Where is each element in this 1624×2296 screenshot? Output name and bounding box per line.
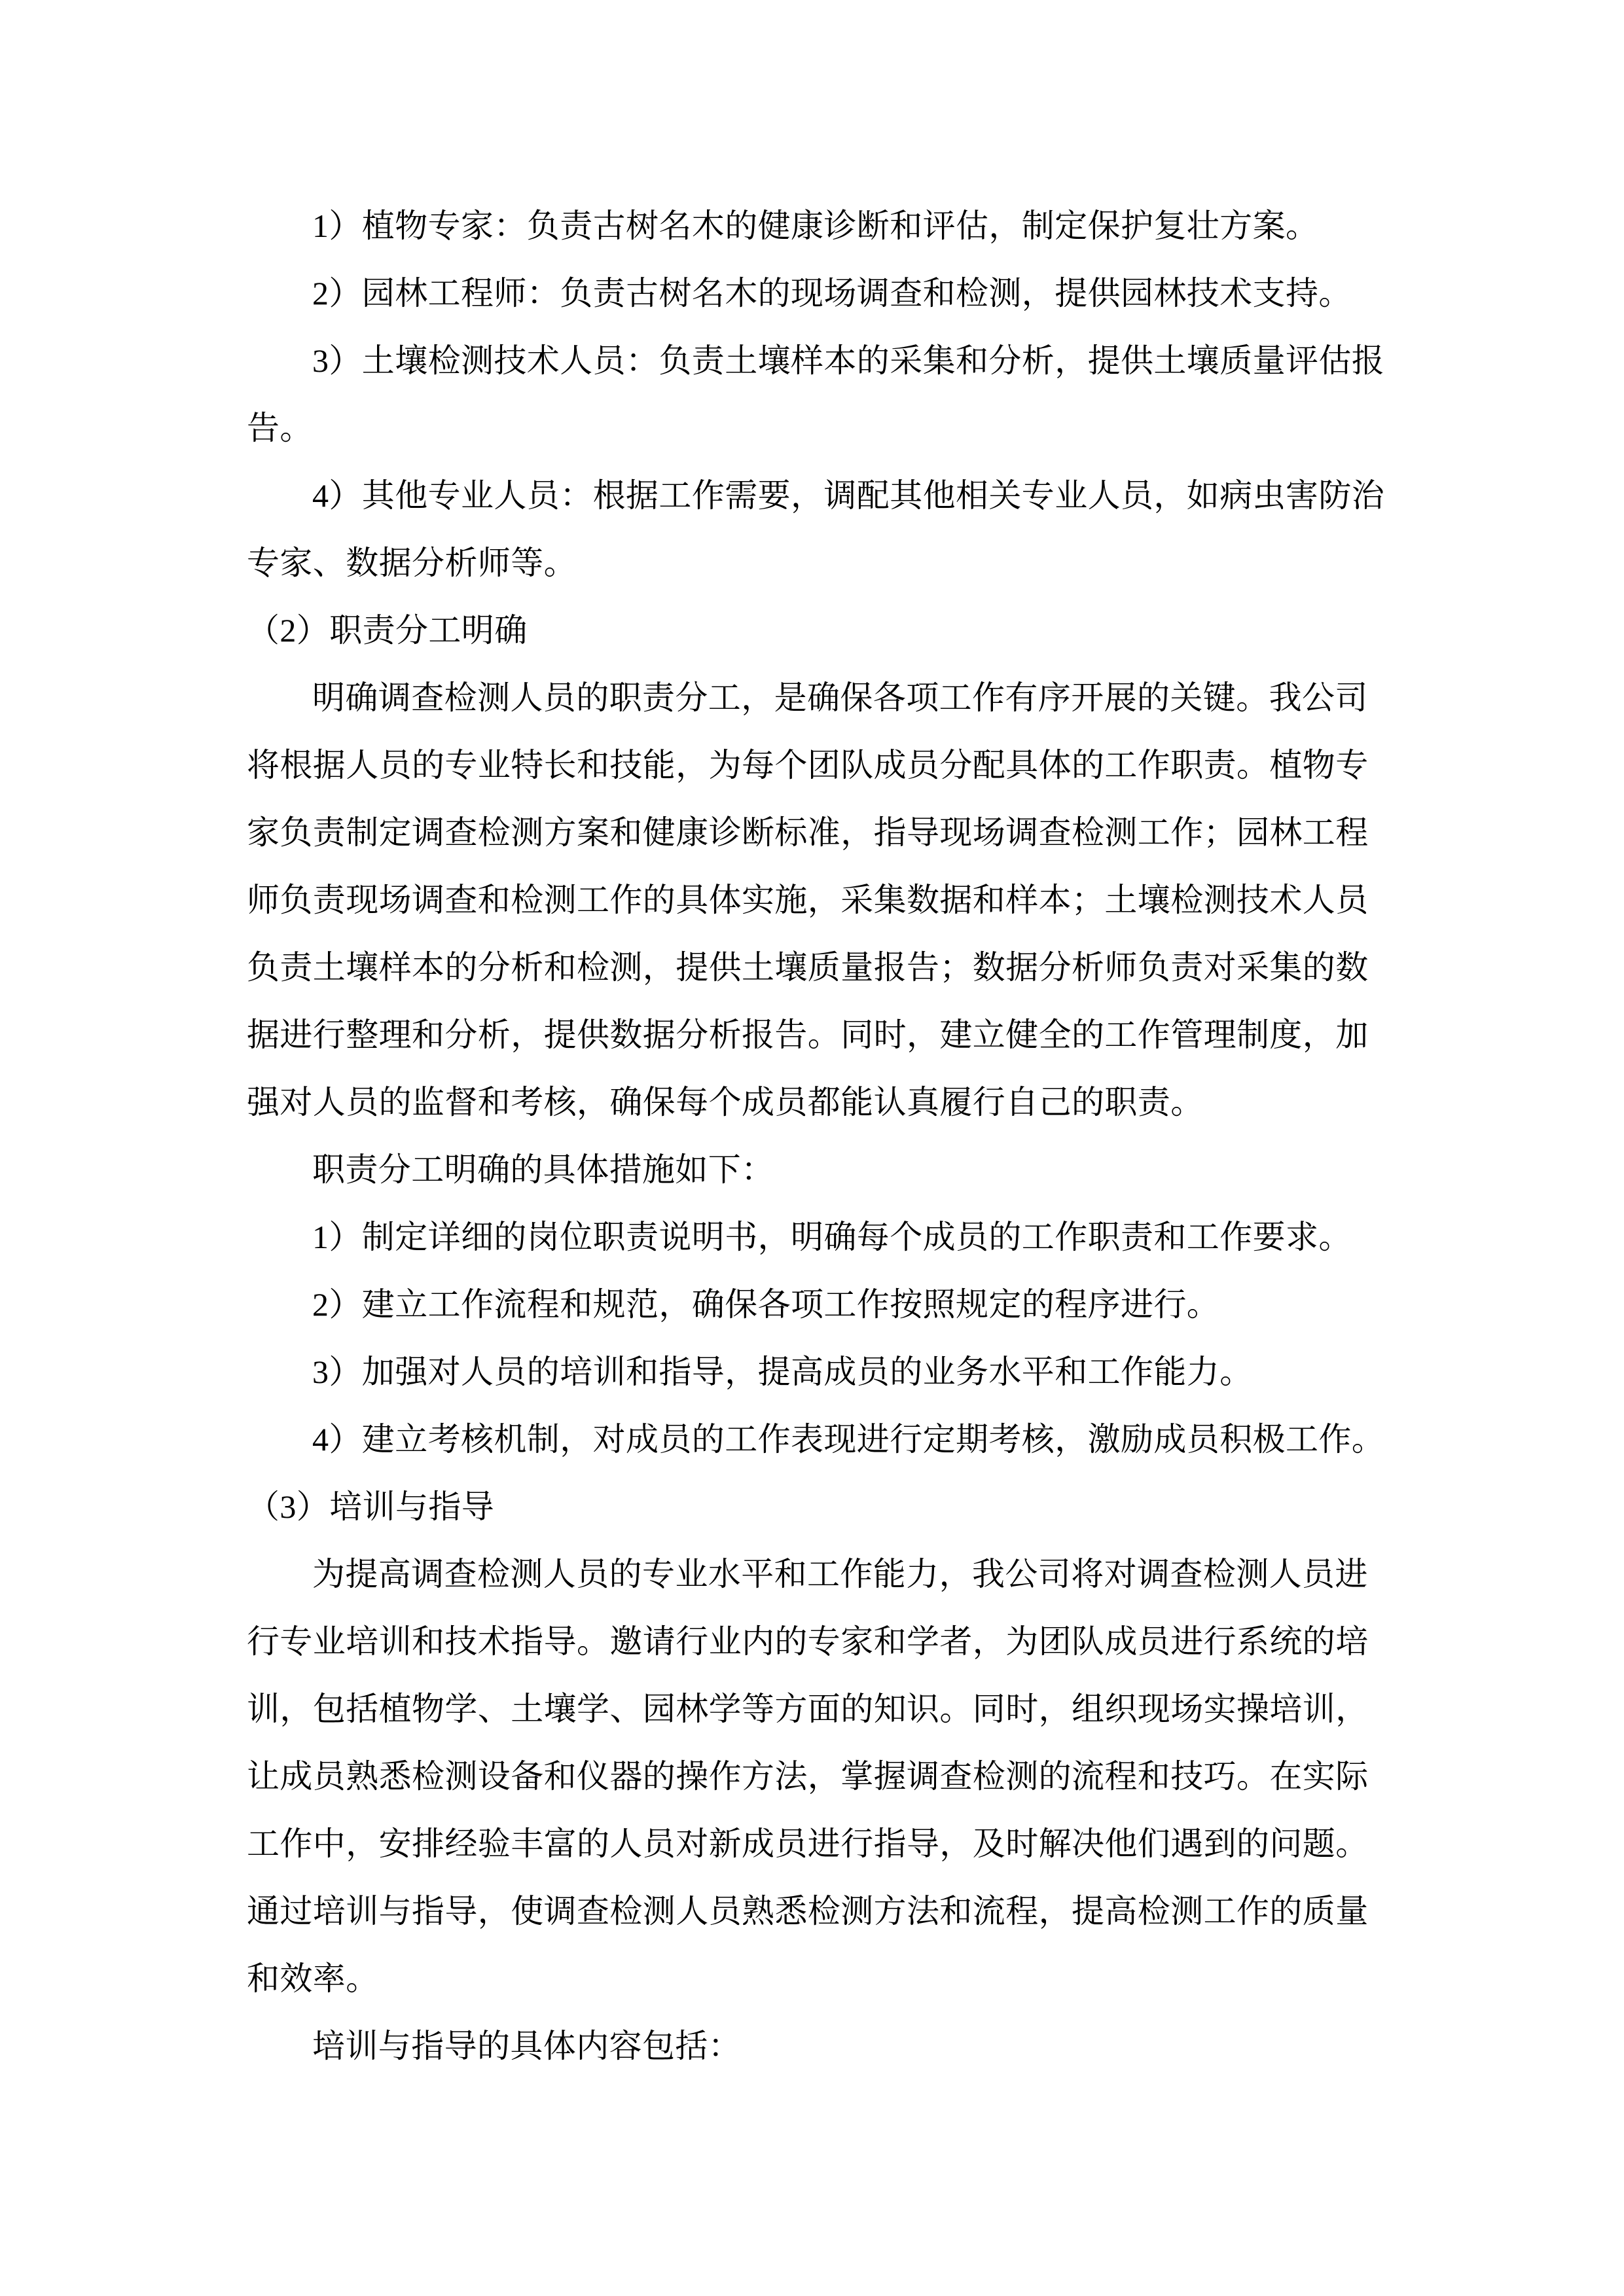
text-line: 强对人员的监督和考核，确保每个成员都能认真履行自己的职责。 <box>247 1069 1386 1136</box>
text-line: 4）建立考核机制，对成员的工作表现进行定期考核，激励成员积极工作。 <box>247 1406 1386 1473</box>
text-line: 师负责现场调查和检测工作的具体实施，采集数据和样本；土壤检测技术人员 <box>247 867 1386 934</box>
document-page: 1）植物专家：负责古树名木的健康诊断和评估，制定保护复壮方案。 2）园林工程师：… <box>0 0 1624 2296</box>
section-heading: （2）职责分工明确 <box>247 597 1386 664</box>
text-line: 2）园林工程师：负责古树名木的现场调查和检测，提供园林技术支持。 <box>247 260 1386 327</box>
text-line: 职责分工明确的具体措施如下： <box>247 1136 1386 1204</box>
text-line: 4）其他专业人员：根据工作需要，调配其他相关专业人员，如病虫害防治 <box>247 462 1386 529</box>
text-line: 据进行整理和分析，提供数据分析报告。同时，建立健全的工作管理制度，加 <box>247 1001 1386 1069</box>
text-line: 将根据人员的专业特长和技能，为每个团队成员分配具体的工作职责。植物专 <box>247 732 1386 799</box>
text-line: 专家、数据分析师等。 <box>247 529 1386 597</box>
document-body: 1）植物专家：负责古树名木的健康诊断和评估，制定保护复壮方案。 2）园林工程师：… <box>247 192 1386 2080</box>
text-line: 让成员熟悉检测设备和仪器的操作方法，掌握调查检测的流程和技巧。在实际 <box>247 1743 1386 1810</box>
text-line: 1）制定详细的岗位职责说明书，明确每个成员的工作职责和工作要求。 <box>247 1204 1386 1271</box>
text-line: 家负责制定调查检测方案和健康诊断标准，指导现场调查检测工作；园林工程 <box>247 799 1386 867</box>
text-line: 行专业培训和技术指导。邀请行业内的专家和学者，为团队成员进行系统的培 <box>247 1608 1386 1676</box>
section-heading: （3）培训与指导 <box>247 1473 1386 1541</box>
text-line: 为提高调查检测人员的专业水平和工作能力，我公司将对调查检测人员进 <box>247 1541 1386 1608</box>
text-line: 3）土壤检测技术人员：负责土壤样本的采集和分析，提供土壤质量评估报 <box>247 327 1386 395</box>
text-line: 通过培训与指导，使调查检测人员熟悉检测方法和流程，提高检测工作的质量 <box>247 1878 1386 1945</box>
text-line: 1）植物专家：负责古树名木的健康诊断和评估，制定保护复壮方案。 <box>247 192 1386 260</box>
text-line: 负责土壤样本的分析和检测，提供土壤质量报告；数据分析师负责对采集的数 <box>247 934 1386 1001</box>
text-line: 3）加强对人员的培训和指导，提高成员的业务水平和工作能力。 <box>247 1338 1386 1406</box>
text-line: 告。 <box>247 395 1386 462</box>
text-line: 明确调查检测人员的职责分工，是确保各项工作有序开展的关键。我公司 <box>247 664 1386 732</box>
text-line: 2）建立工作流程和规范，确保各项工作按照规定的程序进行。 <box>247 1271 1386 1338</box>
text-line: 训，包括植物学、土壤学、园林学等方面的知识。同时，组织现场实操培训， <box>247 1676 1386 1743</box>
text-line: 培训与指导的具体内容包括： <box>247 2013 1386 2080</box>
text-line: 和效率。 <box>247 1945 1386 2013</box>
text-line: 工作中，安排经验丰富的人员对新成员进行指导，及时解决他们遇到的问题。 <box>247 1810 1386 1878</box>
